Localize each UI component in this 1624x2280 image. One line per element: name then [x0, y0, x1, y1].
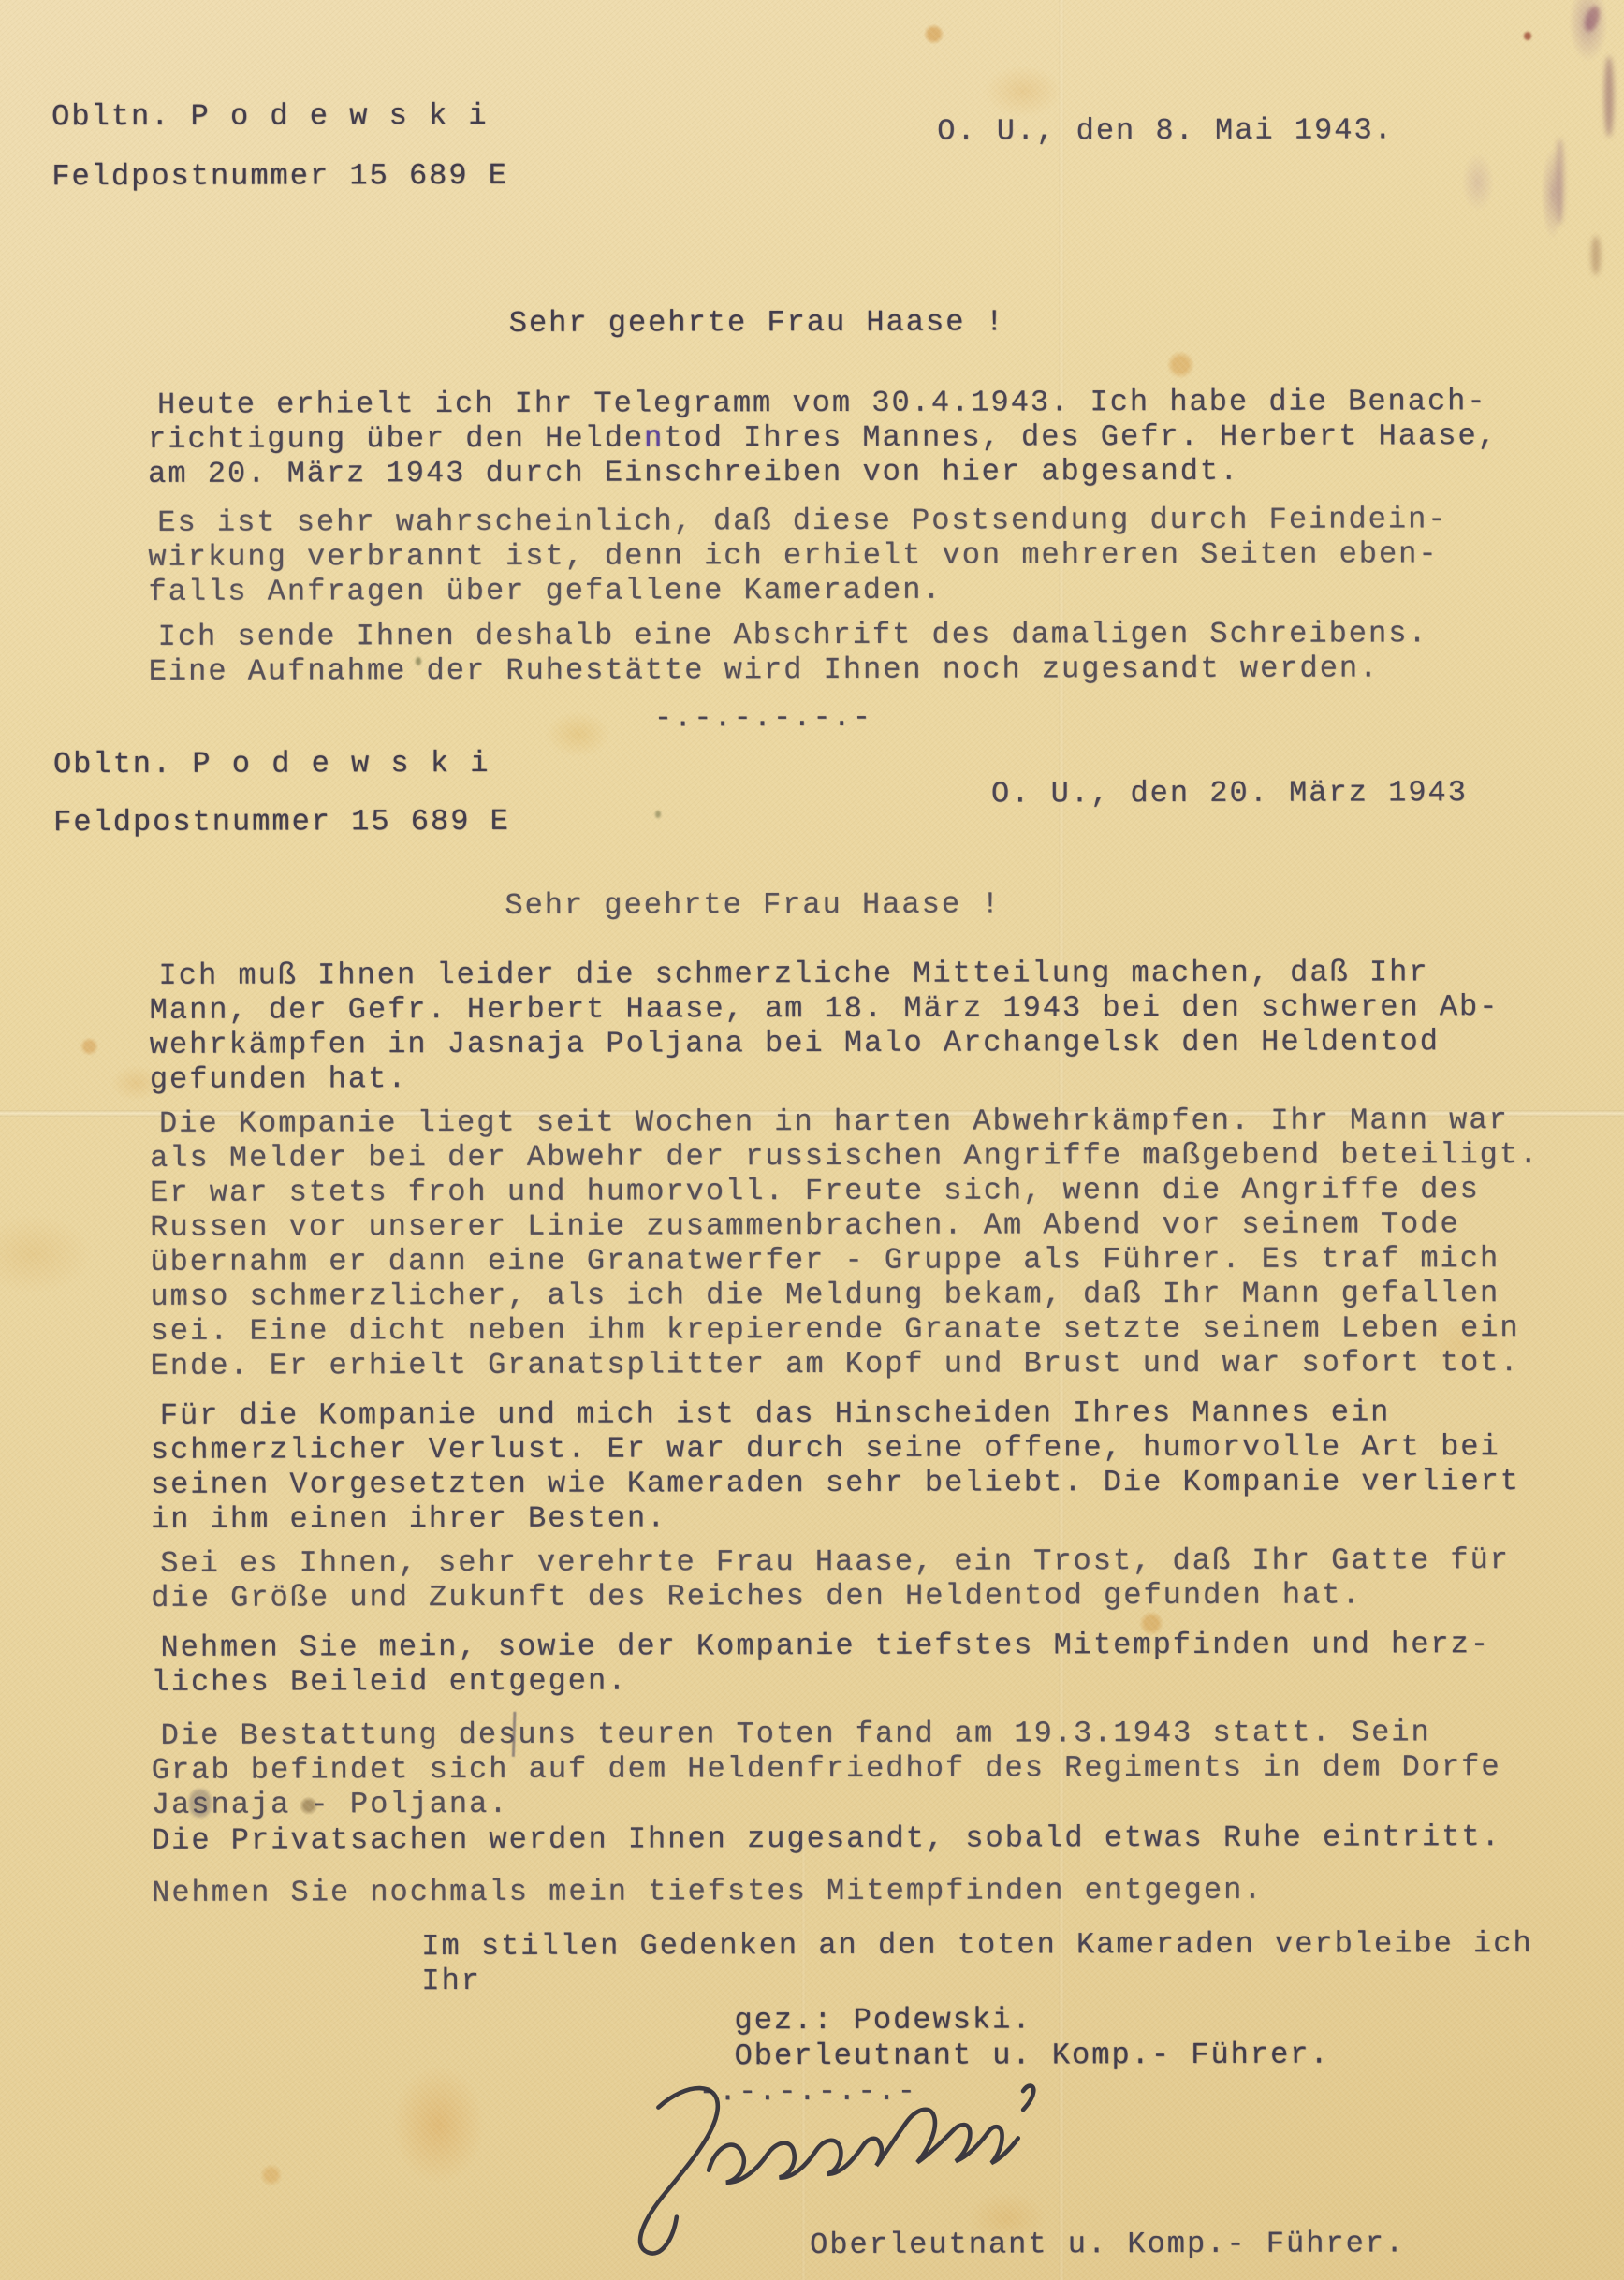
signature-name-stroke: [706, 2104, 1019, 2183]
letter1-paragraph-2: Es ist sehr wahrscheinlich, daß diese Po…: [148, 502, 1447, 609]
letter2-salutation: Sehr geehrte Frau Haase !: [505, 886, 1001, 922]
letter-scan-page: Obltn. P o d e w s k i Feldpostnummer 15…: [0, 0, 1624, 2280]
letter2-paragraph-2: Die Kompanie liegt seit Wochen in harten…: [150, 1103, 1540, 1383]
signature-flourish-stroke: [632, 2087, 725, 2254]
letter1-dateline: O. U., den 8. Mai 1943.: [937, 112, 1394, 148]
letter2-sender-name: Obltn. P o d e w s k i: [53, 746, 490, 782]
letter1-paragraph-3: Ich sende Ihnen deshalb eine Abschrift d…: [149, 616, 1428, 689]
letter1-salutation: Sehr geehrte Frau Haase !: [509, 304, 1005, 340]
signature-end-flick: [1022, 2085, 1035, 2110]
letter-content: Obltn. P o d e w s k i Feldpostnummer 15…: [0, 0, 1624, 2280]
letter2-paragraph-1: Ich muß Ihnen leider die schmerzliche Mi…: [149, 955, 1499, 1097]
letter1-sender-name: Obltn. P o d e w s k i: [51, 98, 489, 134]
letter1-paragraph-1: Heute erhielt ich Ihr Telegramm vom 30.4…: [148, 384, 1498, 491]
letter2-paragraph-4: Sei es Ihnen, sehr verehrte Frau Haase, …: [151, 1542, 1510, 1615]
purple-overstruck-char: n: [644, 420, 664, 455]
ink-overstrike-smear: [189, 1790, 212, 1818]
letter2-closing-line: Im stillen Gedenken an den toten Kamerad…: [421, 1926, 1533, 1998]
handwritten-signature-podewski: [547, 2055, 1099, 2269]
letter2-paragraph-3: Für die Kompanie und mich ist das Hinsch…: [151, 1395, 1520, 1537]
letter2-dateline: O. U., den 20. März 1943: [991, 775, 1468, 811]
letter2-paragraph-5: Nehmen Sie mein, sowie der Kompanie tief…: [151, 1627, 1490, 1700]
typed-signature-name: gez.: Podewski.: [734, 2002, 1031, 2038]
letter2-paragraph-6: Die Bestattung desuns teuren Toten fand …: [152, 1715, 1501, 1822]
letter2-fieldpost-number: Feldpostnummer 15 689 E: [53, 804, 510, 840]
typed-divider: -.-.-.-.-.-: [654, 700, 872, 736]
letter2-paragraph-7: Die Privatsachen werden Ihnen zugesandt,…: [152, 1820, 1501, 1858]
letter2-paragraph-8: Nehmen Sie nochmals mein tiefstes Mitemp…: [152, 1873, 1263, 1910]
letter1-fieldpost-number: Feldpostnummer 15 689 E: [51, 158, 508, 194]
